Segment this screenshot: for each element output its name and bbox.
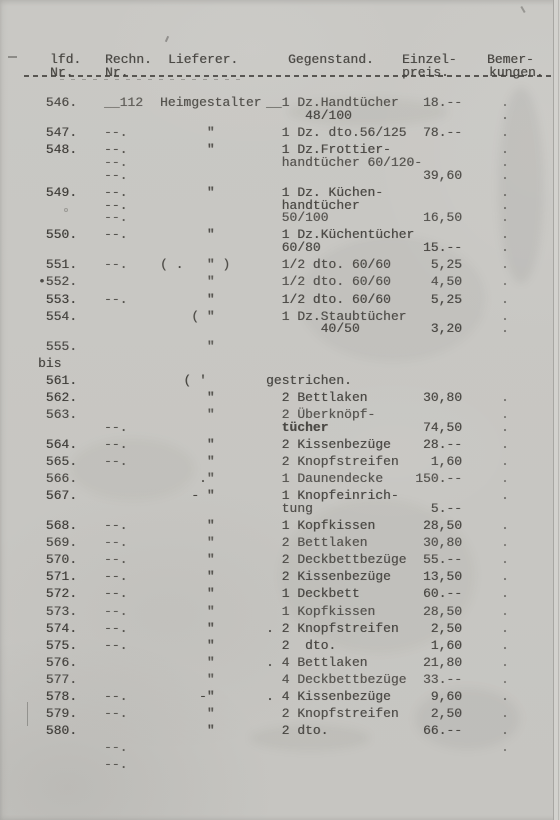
- cell-einzelpreis: 55.--: [386, 552, 462, 567]
- cell-lieferer: ": [160, 454, 215, 469]
- cell-gegenstand: 1 Kopfkissen: [266, 518, 375, 533]
- remark-dot: .: [501, 321, 509, 336]
- cell-gegenstand: 60/80: [266, 240, 321, 255]
- cell-lieferer: ": [160, 274, 215, 289]
- cell-einzelpreis: 78.--: [386, 125, 462, 140]
- cell-gegenstand: 2 Bettlaken: [266, 535, 367, 550]
- remark-dot: .: [501, 638, 509, 653]
- cell-lieferer: ": [160, 706, 215, 721]
- table-row: 551.--.( . " ) 1/2 dto. 60/605,25.: [0, 257, 552, 272]
- remark-dot: .: [501, 689, 509, 704]
- cell-rechn-nr: --.: [104, 740, 127, 755]
- cell-einzelpreis: 30,80: [386, 535, 462, 550]
- table-row: 562. " 2 Bettlaken30,80.: [0, 390, 552, 405]
- cell-einzelpreis: 33.--: [386, 672, 462, 687]
- cell-lfd-nr: 575.: [38, 638, 77, 653]
- remark-dot: .: [501, 274, 509, 289]
- cell-lfd-nr: 568.: [38, 518, 77, 533]
- cell-einzelpreis: 5,25: [386, 257, 462, 272]
- cell-einzelpreis: 2,50: [386, 621, 462, 636]
- cell-gegenstand: 2 Kissenbezüge: [266, 437, 391, 452]
- cell-lfd-nr: 574.: [38, 621, 77, 636]
- table-row: --. tücher74,50.: [0, 420, 552, 435]
- cell-einzelpreis: 13,50: [386, 569, 462, 584]
- cell-gegenstand: . 4 Kissenbezüge: [266, 689, 391, 704]
- cell-rechn-nr: --.: [104, 454, 127, 469]
- table-row: 571.--. " 2 Kissenbezüge13,50.: [0, 569, 552, 584]
- cell-lfd-nr: 579.: [38, 706, 77, 721]
- table-row: --. 50/10016,50.: [0, 210, 552, 225]
- header-dashed-rule: [24, 75, 554, 77]
- remark-dot: .: [501, 723, 509, 738]
- cell-rechn-nr: --.: [104, 586, 127, 601]
- table-row: bis: [0, 356, 552, 371]
- header-bemerkungen-line2: kungen.: [489, 65, 544, 80]
- cell-rechn-nr: --.: [104, 292, 127, 307]
- cell-rechn-nr: --.: [104, 604, 127, 619]
- cell-lieferer: -": [160, 689, 215, 704]
- cell-gegenstand: 1 Deckbett: [266, 586, 360, 601]
- header-lfd-nr-line2: Nr.: [50, 65, 73, 80]
- header-einzelpreis-line2: preis.: [402, 65, 449, 80]
- cell-lieferer: ": [160, 638, 215, 653]
- table-row: 580. " 2 dto.66.--.: [0, 723, 552, 738]
- table-row: tung5.--: [0, 501, 552, 516]
- cell-gegenstand: 1/2 dto. 60/60: [266, 257, 391, 272]
- cell-lfd-nr: 569.: [38, 535, 77, 550]
- cell-gegenstand: 40/50: [266, 321, 360, 336]
- cell-einzelpreis: 39,60: [386, 168, 462, 183]
- remark-dot: .: [501, 621, 509, 636]
- cell-lfd-nr: 562.: [38, 390, 77, 405]
- cell-rechn-nr: --.: [104, 638, 127, 653]
- table-row: 555. ": [0, 339, 552, 354]
- remark-dot: .: [501, 672, 509, 687]
- cell-rechn-nr: --.: [104, 621, 127, 636]
- cell-einzelpreis: 28,50: [386, 518, 462, 533]
- cell-einzelpreis: 30,80: [386, 390, 462, 405]
- table-row: 579.--. " 2 Knopfstreifen2,50.: [0, 706, 552, 721]
- cell-lfd-nr: 564.: [38, 437, 77, 452]
- cell-einzelpreis: 16,50: [386, 210, 462, 225]
- cell-lieferer: ": [160, 552, 215, 567]
- table-row: 60/8015.--.: [0, 240, 552, 255]
- cell-einzelpreis: 66.--: [386, 723, 462, 738]
- cell-einzelpreis: 2,50: [386, 706, 462, 721]
- cell-gegenstand: 2 dto.: [266, 638, 336, 653]
- header-rechn-nr-line2: Nr.: [105, 65, 128, 80]
- remark-dot: .: [501, 535, 509, 550]
- cell-rechn-nr: --.: [104, 552, 127, 567]
- table-row: 572.--. " 1 Deckbett60.--.: [0, 586, 552, 601]
- table-row: 48/100.: [0, 108, 552, 123]
- table-row: 573.--. " 1 Kopfkissen28,50.: [0, 604, 552, 619]
- cell-einzelpreis: 28,50: [386, 604, 462, 619]
- table-row: 565.--. " 2 Knopfstreifen1,60.: [0, 454, 552, 469]
- cell-gegenstand: gestrichen.: [266, 373, 352, 388]
- cell-lieferer: ": [160, 437, 215, 452]
- cell-einzelpreis: 1,60: [386, 454, 462, 469]
- cell-gegenstand: tücher: [266, 420, 328, 435]
- table-row: --.: [0, 757, 552, 772]
- cell-rechn-nr: --.: [104, 168, 127, 183]
- table-row: 574.--. ". 2 Knopfstreifen2,50.: [0, 621, 552, 636]
- remark-dot: .: [501, 604, 509, 619]
- remark-dot: .: [501, 740, 509, 755]
- cell-rechn-nr: --.: [104, 706, 127, 721]
- cell-lieferer: ": [160, 655, 215, 670]
- remark-dot: .: [501, 210, 509, 225]
- cell-lieferer: ": [160, 518, 215, 533]
- cell-einzelpreis: 3,20: [386, 321, 462, 336]
- cell-einzelpreis: 9,60: [386, 689, 462, 704]
- cell-rechn-nr: --.: [104, 210, 127, 225]
- table-row: 40/503,20.: [0, 321, 552, 336]
- cell-lieferer: ": [160, 604, 215, 619]
- table-row: --..: [0, 740, 552, 755]
- cell-gegenstand: 2 Kissenbezüge: [266, 569, 391, 584]
- cell-lfd-nr: 561.: [38, 373, 77, 388]
- table-row: 575.--. " 2 dto.1,60.: [0, 638, 552, 653]
- cell-lieferer: ": [160, 125, 215, 140]
- cell-lfd-nr: 555.: [38, 339, 77, 354]
- cell-einzelpreis: 15.--: [386, 240, 462, 255]
- cell-lfd-nr: 551.: [38, 257, 77, 272]
- remark-dot: .: [501, 257, 509, 272]
- cell-rechn-nr: --.: [104, 125, 127, 140]
- cell-gegenstand: 2 Knopfstreifen: [266, 454, 399, 469]
- cell-rechn-nr: --.: [104, 757, 127, 772]
- cell-lfd-nr: 553.: [38, 292, 77, 307]
- cell-lieferer: ": [160, 390, 215, 405]
- cell-einzelpreis: 60.--: [386, 586, 462, 601]
- cell-lfd-nr: 577.: [38, 672, 77, 687]
- table-row: 578.--. -". 4 Kissenbezüge9,60.: [0, 689, 552, 704]
- cell-rechn-nr: --.: [104, 420, 127, 435]
- cell-lieferer: ( ': [160, 373, 207, 388]
- remark-dot: .: [501, 420, 509, 435]
- table-row: 553.--. " 1/2 dto. 60/605,25.: [0, 292, 552, 307]
- cell-lieferer: ": [160, 586, 215, 601]
- cell-gegenstand: tung: [266, 501, 313, 516]
- cell-lfd-nr: 566.: [38, 471, 77, 486]
- remark-dot: .: [501, 125, 509, 140]
- cell-lfd-nr: 580.: [38, 723, 77, 738]
- table-row: 570.--. " 2 Deckbettbezüge55.--.: [0, 552, 552, 567]
- table-row: 561. ( 'gestrichen.: [0, 373, 552, 388]
- cell-lieferer: ": [160, 339, 215, 354]
- cell-einzelpreis: 150.--: [386, 471, 462, 486]
- cell-einzelpreis: 74,50: [386, 420, 462, 435]
- cell-lfd-nr: 578.: [38, 689, 77, 704]
- cell-einzelpreis: 21,80: [386, 655, 462, 670]
- cell-lfd-nr: 570.: [38, 552, 77, 567]
- table-row: 547.--. " 1 Dz. dto.56/12578.--.: [0, 125, 552, 140]
- remark-dot: .: [501, 390, 509, 405]
- cell-rechn-nr: --.: [104, 518, 127, 533]
- cell-lfd-nr: •552.: [38, 274, 77, 289]
- remark-dot: .: [501, 454, 509, 469]
- cell-gegenstand: 50/100: [266, 210, 328, 225]
- cell-lieferer: .": [160, 471, 215, 486]
- cell-rechn-nr: --.: [104, 257, 127, 272]
- remark-dot: .: [501, 471, 509, 486]
- remark-dot: .: [501, 240, 509, 255]
- cell-gegenstand: . 4 Bettlaken: [266, 655, 367, 670]
- cell-lfd-nr: 572.: [38, 586, 77, 601]
- document-page: lfd. Nr. Rechn. Nr. Lieferer. Gegenstand…: [0, 0, 560, 820]
- table-row: 577. " 4 Deckbettbezüge33.--.: [0, 672, 552, 687]
- cell-einzelpreis: 5,25: [386, 292, 462, 307]
- remark-dot: .: [501, 655, 509, 670]
- header-lieferer: Lieferer.: [168, 52, 238, 67]
- remark-dot: .: [501, 437, 509, 452]
- cell-lfd-nr: 573.: [38, 604, 77, 619]
- remark-dot: .: [501, 706, 509, 721]
- cell-lfd-nr: 571.: [38, 569, 77, 584]
- cell-einzelpreis: 5.--: [386, 501, 462, 516]
- table-row: --.39,60.: [0, 168, 552, 183]
- remark-dot: .: [501, 292, 509, 307]
- cell-gegenstand: 1 Daunendecke: [266, 471, 383, 486]
- header-gegenstand: Gegenstand.: [288, 52, 374, 67]
- paper-edge-line: [558, 0, 559, 820]
- paper-speck: [165, 36, 169, 42]
- header-dashed-rule-echo: [60, 79, 240, 80]
- table-row: 569.--. " 2 Bettlaken30,80.: [0, 535, 552, 550]
- cell-lieferer: ": [160, 621, 215, 636]
- cell-lfd-nr: bis: [38, 356, 61, 371]
- cell-lieferer: ": [160, 292, 215, 307]
- remark-dot: .: [501, 569, 509, 584]
- cell-rechn-nr: --.: [104, 437, 127, 452]
- cell-gegenstand: 2 Knopfstreifen: [266, 706, 399, 721]
- cell-rechn-nr: --.: [104, 535, 127, 550]
- remark-dot: .: [501, 552, 509, 567]
- remark-dot: .: [501, 108, 509, 123]
- table-row: •552. " 1/2 dto. 60/604,50.: [0, 274, 552, 289]
- table-row: 576. ". 4 Bettlaken21,80.: [0, 655, 552, 670]
- cell-einzelpreis: 1,60: [386, 638, 462, 653]
- table-row: 568.--. " 1 Kopfkissen28,50.: [0, 518, 552, 533]
- cell-lfd-nr: 565.: [38, 454, 77, 469]
- cell-einzelpreis: 4,50: [386, 274, 462, 289]
- cell-gegenstand: 1 Kopfkissen: [266, 604, 375, 619]
- remark-dot: .: [501, 518, 509, 533]
- cell-lfd-nr: 547.: [38, 125, 77, 140]
- cell-lieferer: ": [160, 672, 215, 687]
- cell-lieferer: ( . " ): [160, 257, 230, 272]
- cell-gegenstand: 2 dto.: [266, 723, 328, 738]
- cell-gegenstand: 48/100: [266, 108, 352, 123]
- cell-lieferer: ": [160, 723, 215, 738]
- table-row: 564.--. " 2 Kissenbezüge28.--.: [0, 437, 552, 452]
- cell-lfd-nr: 576.: [38, 655, 77, 670]
- cell-lieferer: ": [160, 569, 215, 584]
- cell-rechn-nr: --.: [104, 569, 127, 584]
- cell-lieferer: ": [160, 535, 215, 550]
- cell-gegenstand: 1/2 dto. 60/60: [266, 274, 391, 289]
- paper-speck: [520, 6, 525, 13]
- remark-dot: .: [501, 168, 509, 183]
- table-row: 566. ." 1 Daunendecke150.--.: [0, 471, 552, 486]
- cell-rechn-nr: --.: [104, 689, 127, 704]
- cell-gegenstand: 2 Bettlaken: [266, 390, 367, 405]
- cell-gegenstand: 1/2 dto. 60/60: [266, 292, 391, 307]
- cell-gegenstand: . 2 Knopfstreifen: [266, 621, 399, 636]
- remark-dot: .: [501, 586, 509, 601]
- margin-mark: [8, 56, 17, 58]
- cell-einzelpreis: 28.--: [386, 437, 462, 452]
